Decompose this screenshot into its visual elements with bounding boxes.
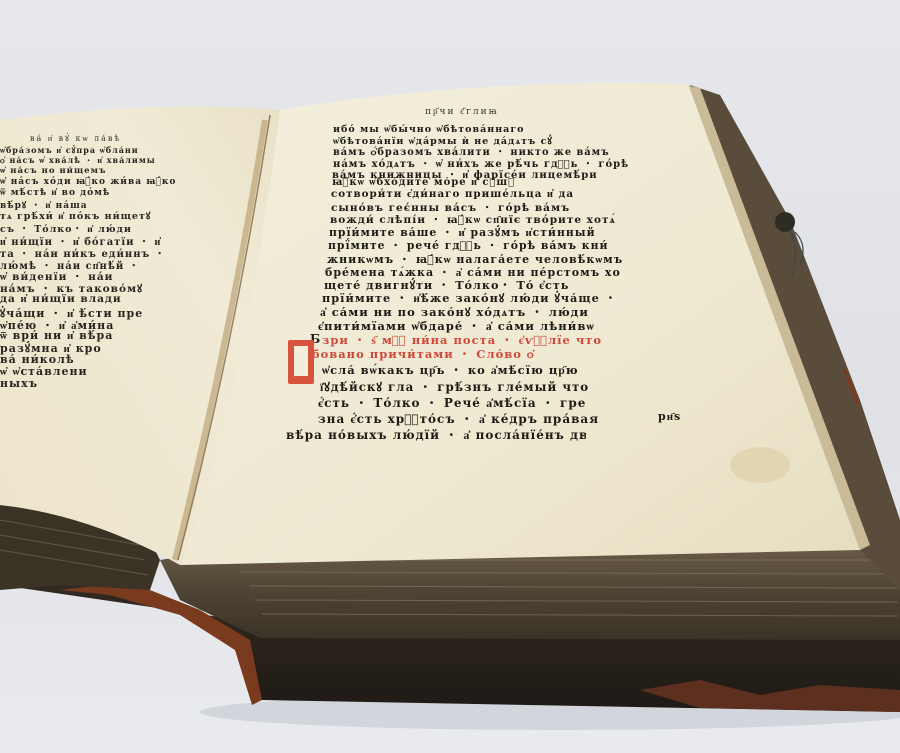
text-line: ѡ҆сла́ вѡ́какъ цр҃ь ・ ко а҆мѣ́сїю цр҃ю (322, 362, 579, 378)
right-page-header: пр҃чи є҃глиꙗ (425, 106, 499, 117)
left-page-header: ва́ и҆ вꙋ́ кѡ ла́вѣ (30, 133, 121, 144)
text-line: є҆́сть ・ То́лко ・ Рече́ а҆мѣ́сїа ・ гре (318, 394, 586, 411)
text-line: ныхъ (0, 377, 38, 390)
text-line: сотвори́ти є҆ди́наго прише́льца и҆ да (331, 188, 574, 200)
drop-cap-ornament (288, 340, 314, 384)
rubric-line: лю́бовано причи́тами ・ Сло́во ѻ҆ (290, 346, 535, 362)
text-line: ї҆ꙋдѣ́йскꙋ гла ・ грѣ́знъ гле́мый что (320, 378, 589, 395)
text-line: вѣ́ра но́выхъ лю́дїй ・ а҆ посла́нїе́нъ д… (286, 426, 586, 443)
text-line: зна є҆́сть хрⷭ҇то́съ ・ а҆ ке́дръ пра́вая (318, 410, 599, 427)
text-line: да и҆ ни́щїи влади (0, 293, 122, 305)
photo-scene: пр҃чи є҃глиꙗ ибо́ мы ѡ҆бы́чно ѡ҆бѣтова́н… (0, 0, 900, 753)
text-line: ѡ҆ на́съ хо́ди ꙗ҆́ко жи́ва ꙗ҆́ко (0, 176, 176, 187)
text-line: ѿ мѣ́стѣ и҆ во до́мѣ (0, 187, 110, 198)
page-number: рн҃s (658, 410, 681, 423)
text-line: ѡ҆ на́съ но ни́щемъ (0, 165, 107, 176)
text-line: ꙗ҆́кѡ ѡ҆бхо́дите мо́ре и҆ сꙋ́шꙋ (332, 177, 515, 188)
